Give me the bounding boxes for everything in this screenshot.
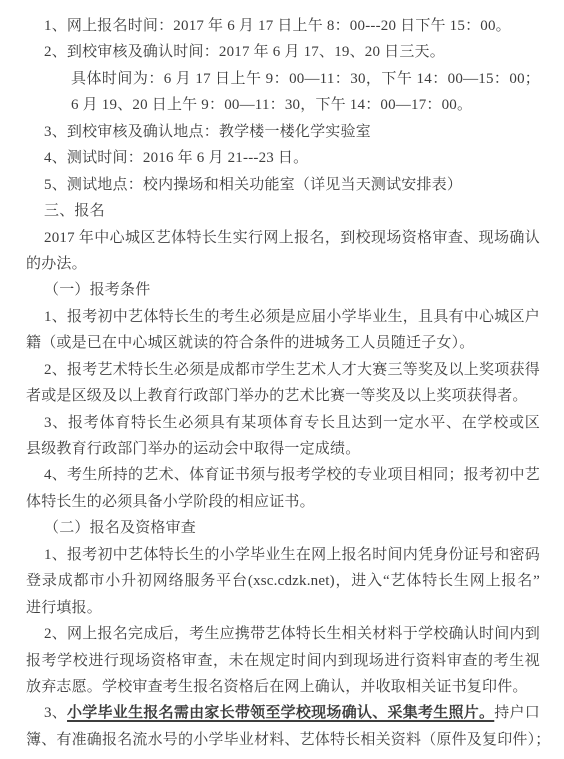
text-line: 3、小学毕业生报名需由家长带领至学校现场确认、采集考生照片。持户口 xyxy=(26,700,540,726)
text-line: 4、考生所持的艺术、体育证书须与报考学校的专业项目相同；报考初中艺 xyxy=(26,462,540,488)
text-run: 三、报名 xyxy=(44,203,105,219)
text-run: 3、到校审核及确认地点：教学楼一楼化学实验室 xyxy=(44,124,371,140)
text-run: 具体时间为：6 月 17 日上午 9：00—11：30，下午 14：00—15：… xyxy=(71,71,540,87)
text-run: 5、测试地点：校内操场和相关功能室（详见当天测试安排表） xyxy=(44,177,462,193)
text-line: 2、到校审核及确认时间：2017 年 6 月 17、19、20 日三天。 xyxy=(26,39,540,65)
text-run: 4、考生所持的艺术、体育证书须与报考学校的专业项目相同；报考初中艺 xyxy=(44,467,540,483)
text-line: 3、到校审核及确认地点：教学楼一楼化学实验室 xyxy=(26,119,540,145)
text-run: 3、 xyxy=(44,705,67,721)
text-line: 2017 年中心城区艺体特长生实行网上报名，到校现场资格审查、现场确认 xyxy=(26,225,540,251)
text-run: （一）报考条件 xyxy=(44,282,150,298)
text-run: 者或是区级及以上教育行政部门举办的艺术比赛一等奖及以上奖项获得者。 xyxy=(26,388,528,404)
text-run: 4、测试时间：2016 年 6 月 21---23 日。 xyxy=(44,150,308,166)
text-line: 具体时间为：6 月 17 日上午 9：00—11：30，下午 14：00—15：… xyxy=(26,66,540,92)
text-line: 2、网上报名完成后，考生应携带艺体特长生相关材料于学校确认时间内到 xyxy=(26,621,540,647)
emphasized-text-run: 小学毕业生报名需由家长带领至学校现场确认、采集考生照片。 xyxy=(67,705,494,721)
text-line: 放弃志愿。学校审查考生报名资格后在网上确认，并收取相关证书复印件。 xyxy=(26,674,540,700)
text-line: 4、测试时间：2016 年 6 月 21---23 日。 xyxy=(26,145,540,171)
document-page: 1、网上报名时间：2017 年 6 月 17 日上午 8：00---20 日下午… xyxy=(26,13,540,753)
text-line: 籍（或是已在中心城区就读的符合条件的进城务工人员随迁子女）。 xyxy=(26,330,540,356)
text-run: 籍（或是已在中心城区就读的符合条件的进城务工人员随迁子女）。 xyxy=(26,335,475,351)
text-run: 登录成都市小升初网络服务平台(xsc.cdzk.net)，进入“艺体特长生网上报… xyxy=(26,573,540,589)
text-run: 报考学校进行现场资格审查，未在规定时间内到现场进行资料审查的考生视为 xyxy=(26,653,540,674)
text-line: 簿、有准确报名流水号的小学毕业材料、艺体特长相关资料（原件及复印件）； xyxy=(26,727,540,753)
text-run: （二）报名及资格审查 xyxy=(44,520,196,536)
text-run: 3、报考体育特长生必须具有某项体育专长且达到一定水平、在学校或区（市） xyxy=(44,415,540,436)
text-line: 三、报名 xyxy=(26,198,540,224)
text-line: 报考学校进行现场资格审查，未在规定时间内到现场进行资料审查的考生视为 xyxy=(26,648,540,674)
text-line: 者或是区级及以上教育行政部门举办的艺术比赛一等奖及以上奖项获得者。 xyxy=(26,383,540,409)
text-run: 放弃志愿。学校审查考生报名资格后在网上确认，并收取相关证书复印件。 xyxy=(26,679,528,695)
text-line: 5、测试地点：校内操场和相关功能室（详见当天测试安排表） xyxy=(26,172,540,198)
text-line: （二）报名及资格审查 xyxy=(26,515,540,541)
text-run: 进行填报。 xyxy=(26,600,102,616)
text-line: 3、报考体育特长生必须具有某项体育专长且达到一定水平、在学校或区（市） xyxy=(26,410,540,436)
text-run: 1、网上报名时间：2017 年 6 月 17 日上午 8：00---20 日下午… xyxy=(44,18,511,34)
text-line: 6 月 19、20 日上午 9：00—11：30，下午 14：00—17：00。 xyxy=(26,92,540,118)
text-run: 簿、有准确报名流水号的小学毕业材料、艺体特长相关资料（原件及复印件）； xyxy=(26,732,551,748)
text-line: 体特长生的必须具备小学阶段的相应证书。 xyxy=(26,489,540,515)
text-line: （一）报考条件 xyxy=(26,277,540,303)
document-body: 1、网上报名时间：2017 年 6 月 17 日上午 8：00---20 日下午… xyxy=(26,13,540,753)
text-line: 县级教育行政部门举办的运动会中取得一定成绩。 xyxy=(26,436,540,462)
text-run: 1、报考初中艺体特长生的考生必须是应届小学毕业生，且具有中心城区户 xyxy=(44,309,540,325)
text-line: 1、报考初中艺体特长生的考生必须是应届小学毕业生，且具有中心城区户 xyxy=(26,304,540,330)
text-line: 1、报考初中艺体特长生的小学毕业生在网上报名时间内凭身份证号和密码 xyxy=(26,542,540,568)
text-line: 的办法。 xyxy=(26,251,540,277)
text-run: 2、到校审核及确认时间：2017 年 6 月 17、19、20 日三天。 xyxy=(44,44,445,60)
text-run: 1、报考初中艺体特长生的小学毕业生在网上报名时间内凭身份证号和密码 xyxy=(44,547,540,563)
text-run: 6 月 19、20 日上午 9：00—11：30，下午 14：00—17：00。 xyxy=(71,97,472,113)
text-run: 的办法。 xyxy=(26,256,87,272)
text-line: 登录成都市小升初网络服务平台(xsc.cdzk.net)，进入“艺体特长生网上报… xyxy=(26,568,540,594)
text-run: 持户口 xyxy=(494,705,540,721)
text-line: 2、报考艺术特长生必须是成都市学生艺术人才大赛三等奖及以上奖项获得 xyxy=(26,357,540,383)
text-run: 2、网上报名完成后，考生应携带艺体特长生相关材料于学校确认时间内到 xyxy=(44,626,540,642)
text-run: 2017 年中心城区艺体特长生实行网上报名，到校现场资格审查、现场确认 xyxy=(44,230,540,246)
text-line: 进行填报。 xyxy=(26,595,540,621)
text-line: 1、网上报名时间：2017 年 6 月 17 日上午 8：00---20 日下午… xyxy=(26,13,540,39)
text-run: 体特长生的必须具备小学阶段的相应证书。 xyxy=(26,494,315,510)
text-run: 县级教育行政部门举办的运动会中取得一定成绩。 xyxy=(26,441,360,457)
text-run: 2、报考艺术特长生必须是成都市学生艺术人才大赛三等奖及以上奖项获得 xyxy=(44,362,540,378)
